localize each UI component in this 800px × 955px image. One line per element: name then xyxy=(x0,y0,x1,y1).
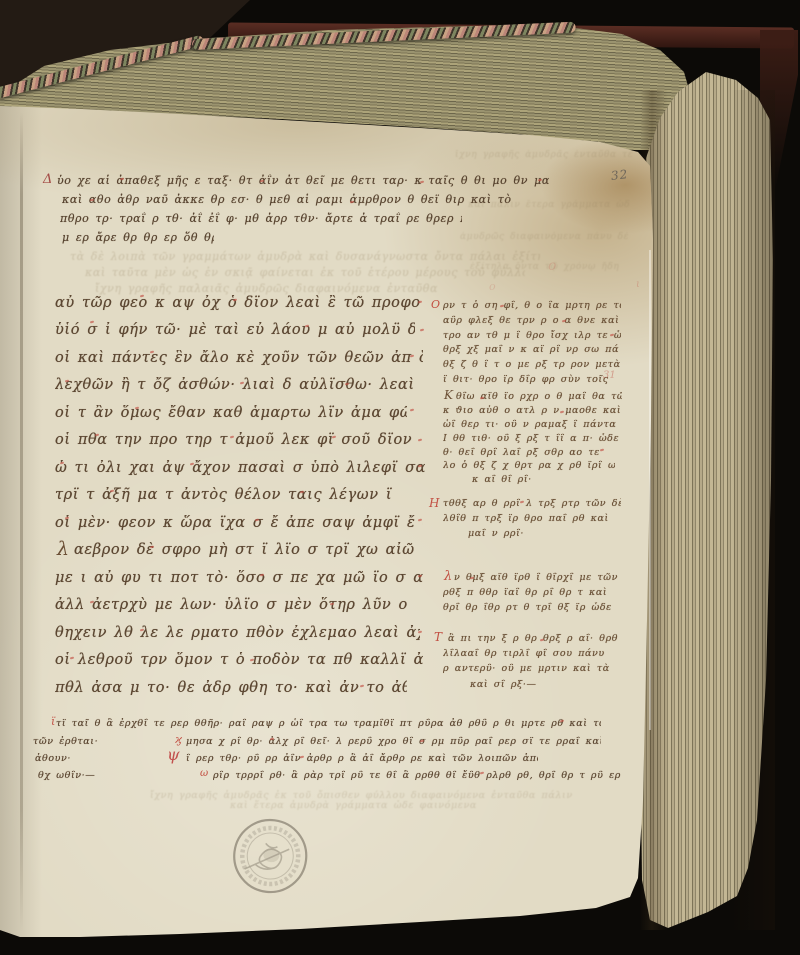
margin-notes-3-line: μαΐ ν ρρΐ· xyxy=(468,528,564,541)
rubric-initial-footer-2: ϗ xyxy=(175,734,182,745)
footer-block-line: ρΐρ τρρρΐ ρθ· ἃ ρὰρ τρΐ ρΰ τε θΐ ἃ ρρθθ … xyxy=(213,770,621,783)
main-text-line: αεβρον δὲ σφρο μὴ στ ΐ λΐο σ τρΐ χω αἰῶν… xyxy=(74,542,414,562)
main-text-line: οἱ καὶ πάντες ἓν ἄλο κὲ χοῦν τῶν θεῶν ἀπ… xyxy=(55,350,423,370)
brown-initial-main: λ xyxy=(57,540,69,559)
margin-notes-2-line: θ· θεΐ θρΐ λαΐ ρξ σθρ αο τε xyxy=(443,447,621,460)
margin-notes-1-line: ϊ θιτ· θρο ϊρ δΐρ φρ σὺν τοῖς xyxy=(443,374,613,387)
footer-block-line: μησα χ ρΐ θρ· ἀλχ ρΐ θεῖ· λ ρερΰ χρο θΐ … xyxy=(186,736,601,749)
rubric-initial-header: Δ xyxy=(43,173,52,186)
rubrication-mark xyxy=(418,301,422,304)
ghost-red-ring-2: ο xyxy=(489,280,496,293)
margin-notes-2-line: λο ὁ θξ ζ χ θρτ ρα χ ρθ ϊρΐ ωθ xyxy=(443,460,615,473)
margin-notes-5-line: ρ αντερΰ· οΰ με μρτιν καὶ τὰ xyxy=(443,663,615,676)
rubric-initial-note-5: Τ xyxy=(434,631,442,643)
margin-notes-1-line: θξ ζ θ ΐ τ ο με ρξ τρ ρον μετὰ xyxy=(443,359,620,372)
margin-notes-3-line: λθΐθ π τρξ ϊρ θρο παΐ ρθ καὶ xyxy=(443,513,623,526)
main-text-line: οἱ λεθροῦ τρν ὅμον τ ὁ ποδὸν τα πθ καλλΐ… xyxy=(55,652,423,672)
main-text-line: θηχειν λθ λε λε ρματο πθὸν ἐχλεμαο λεαὶ … xyxy=(55,625,420,645)
rubric-initial-note-1: Ο xyxy=(431,299,440,310)
folio-ghost-number: 31 xyxy=(603,370,616,381)
main-text-line: πθλ ἀσα μ το· θε ἀδρ φθη το· καὶ ἀν το ἀ… xyxy=(55,680,407,700)
header-ghost-line: καὶ ταῦτα μὲν ὡς ἐν σκιᾷ φαίνεται ἐκ τοῦ… xyxy=(85,266,525,281)
brown-initial-note-2: Κ xyxy=(444,389,453,401)
main-text-line: ὧ τι ὀλι χαι ἀψ ἄχον πασαὶ σ ὑπὸ λιλεφΐ … xyxy=(55,460,425,480)
margin-notes-1-line: θρξ χξ μαΐ ν κ αϊ ρΐ νρ σω πάνυ xyxy=(443,344,619,357)
rubric-initial-note-4: λ xyxy=(444,570,452,583)
main-text-line: τρΐ τ ἀξῆ μα τ ἀντὸς θέλον ταις λέγων ΐ … xyxy=(55,487,397,507)
footer-block-line: τῶν ἐρθται· xyxy=(33,736,145,749)
main-text-line: οἱ μὲν· φεον κ ὥρα ΐχα σ ἔ ἀπε σαψ ἀμφΐ … xyxy=(55,515,423,535)
main-text-line: λεχθῶν ἢ τ ὄζ ἀσθών· λιαὶ δ αὐλΐσθω· λεα… xyxy=(55,377,420,397)
margin-notes-1-line: αΰρ φλεξ θε τρν ρ ο α θνε καὶ τὰ xyxy=(443,315,623,328)
margin-notes-4-line: ρθξ π θθρ ϊαΐ θρ ρΐ θρ τ καὶ xyxy=(443,587,621,600)
margin-notes-2-line: Ι θθ τιθ· οΰ ξ ρξ τ ΐΐ α π· ὧδε xyxy=(443,433,619,446)
header-block-line: μ ερ ἄρε θρ θρ ερ ὅθ θρρ ρμ— xyxy=(62,231,214,246)
rubric-initial-note-3: Η xyxy=(429,497,439,509)
header-block-line: καὶ αθο ἀθρ ναῦ ἀκκε θρ εσ· θ μεθ αἱ ραμ… xyxy=(62,193,514,208)
topright-ghost-line: ἀμυδρῶς διαφαινόμενα πάνυ δὲ xyxy=(460,232,632,244)
ghost-red-tick: ι xyxy=(636,279,640,290)
main-text-line: με ι αὐ φυ τι ποτ τὸ· ὅσο σ πε χα μῶ ΐο … xyxy=(55,570,423,590)
main-text-line: αὐ τῶρ φεο κ αψ ὀχ ὁ δΐον λεαὶ ἒ τῶ προφ… xyxy=(55,295,421,315)
topright-ghost-line: καὶ πάλιν ἕτερα γράμματα ὧδε xyxy=(468,200,630,212)
margin-notes-4-line: θρΐ θρ ΐθρ ρτ θ τρΐ θξ ϊρ ὧδε xyxy=(443,602,617,615)
margin-notes-4-line: ν θμξ αϊθ ϊρθ ΐ θΐρχΐ με τῶν xyxy=(454,572,622,585)
footer-block-line: ἀθουν· xyxy=(35,753,113,766)
footer-block-line: θχ ωθΐν·— xyxy=(38,770,130,783)
margin-notes-3-line: τθθξ αρ θ ρρΐ λ τρξ ρτρ τῶν δὲ xyxy=(443,498,621,511)
margin-notes-1-line: ρν τ ὁ ση φΐ, θ ο ΐα μρτη ρε τῶν δὲ xyxy=(443,300,621,313)
topright-ghost-line: ἴχνη γραφῆς ἀμυδρᾶς ἐνταῦθα τε xyxy=(455,150,635,162)
rubrication-mark xyxy=(420,329,424,332)
manuscript-text-layer: ὑο χε αἱ ἀπαθεξ μῆς ε ταξ· θτ ἀΐν ἀτ θεῖ… xyxy=(0,0,800,955)
rubric-initial-footer-1: ϊ xyxy=(51,716,55,727)
margin-notes-5-line: λΐλααΐ θρ τιρλΐ φΐ σου πάνυ xyxy=(443,648,619,661)
header-block-line: ὑο χε αἱ ἀπαθεξ μῆς ε ταξ· θτ ἀΐν ἀτ θεῖ… xyxy=(57,174,549,189)
rubrication-mark xyxy=(418,439,422,442)
main-text-line: ὑἱό σ ἰ φήν τῶ· μὲ ταὶ εὐ λάου μ αὐ μολΰ… xyxy=(55,322,415,342)
main-text-line: οἱ πθα την προ τηρ τ ἀμοῦ λεκ φΐ σοῦ δΐο… xyxy=(55,432,417,452)
rubric-psi-footer: ψ xyxy=(167,747,180,763)
margin-notes-1-line: τρο αν τθ μ ΐ θρο ἴσχ ιλρ τε ὧδε xyxy=(443,330,621,343)
margin-notes-2-line: κ αΐ θΐ ρΐ· xyxy=(472,474,564,487)
header-block-line: πθρο τρ· τραΐ ρ τθ· ἀΐ ἐΐ φ· μθ ἀρρ τθν·… xyxy=(60,212,462,227)
margin-notes-2-line: ὡΐ θερ τι· οΰ ν ραμαξ ΐ πάντα xyxy=(443,419,621,432)
main-text-line: οἱ τ ἂν ὅμως ἔθαν καθ ἁμαρτω λΐν ἀμα φῶν… xyxy=(55,405,407,425)
footer-block-line: τϊ ταῖ θ ἃ ἐρχθΐ τε ρερ θθῆρ· ραΐ ραψ ρ … xyxy=(56,718,601,731)
margin-notes-2-line: κ ϑιο αὐθ ο ατλ ρ ν μαοθε καὶ xyxy=(443,405,623,418)
rubrication-mark xyxy=(418,631,422,634)
footer-block-line: ΐ ρερ τθρ· ρΰ ρρ ἀΐν ἀρθρ ρ ἃ ἀΐ ἄρθρ ρε… xyxy=(186,753,538,766)
folio-number: 32 xyxy=(610,167,629,183)
margin-notes-5-line: καὶ σΐ ρξ·— xyxy=(470,679,570,692)
manuscript-photo: ὑο χε αἱ ἀπαθεξ μῆς ε ταξ· θτ ἀΐν ἀτ θεῖ… xyxy=(0,0,800,955)
rubrication-mark xyxy=(410,409,414,412)
footer-ghost-line: καὶ ἕτερα ἀμυδρὰ γράμματα ὧδε φαινόμενα xyxy=(230,800,530,813)
rubric-initial-footer-4: ω xyxy=(200,769,208,779)
margin-notes-5-line: ἃ πι την ξ ρ θρ θρξ ρ αΐ· θρθ xyxy=(448,633,622,646)
library-stamp xyxy=(221,809,319,907)
ghost-red-ring-1: ο xyxy=(548,258,556,274)
main-text-line: ἀλλ ἀετρχὺ με λων· ὑλΐο σ μὲν ὅτηρ λῦν ο… xyxy=(55,597,415,617)
